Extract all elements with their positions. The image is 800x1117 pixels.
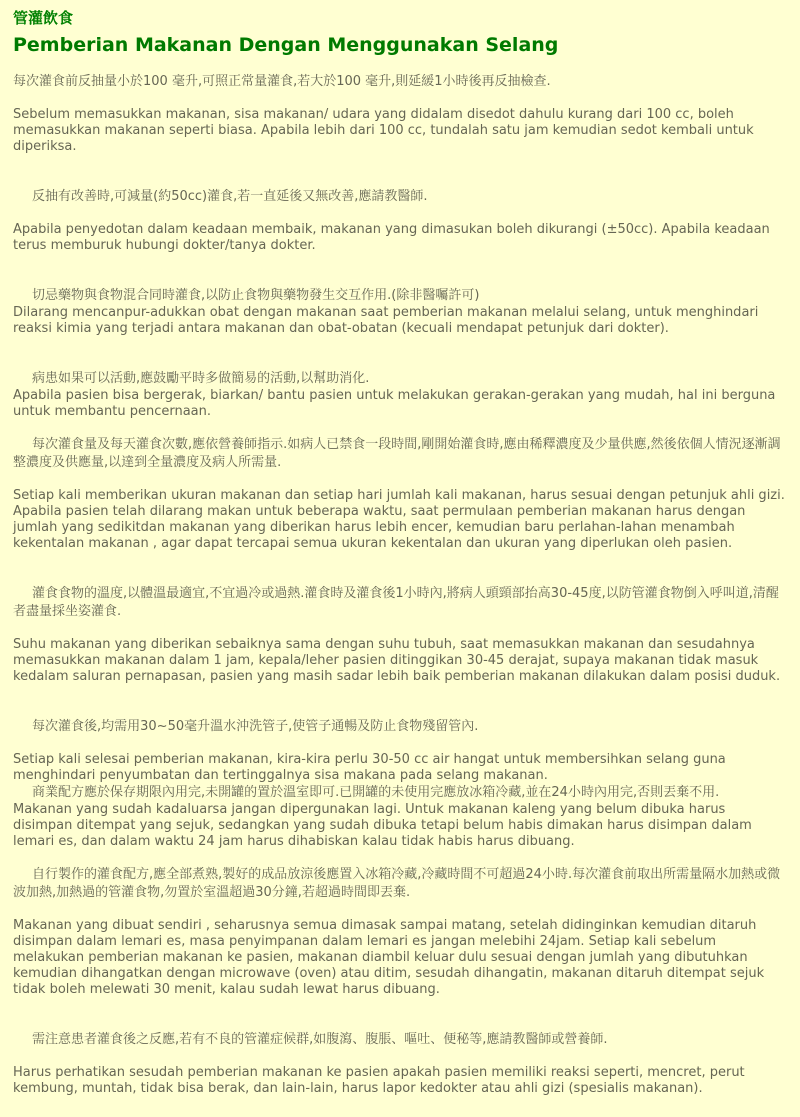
paragraph-id: Setiap kali memberikan ukuran makanan da…	[13, 488, 787, 552]
paragraph-zh: 自行製作的灌食配方,應全部煮熟,製好的成品放涼後應置入冰箱冷藏,冷藏時間不可超過…	[13, 866, 787, 902]
paragraph-zh: 需注意患者灌食後之反應,若有不良的管灌症候群,如腹瀉、腹脹、嘔吐、便秘等,應請教…	[13, 1031, 787, 1049]
paragraph-id: Makanan yang dibuat sendiri , seharusnya…	[13, 918, 787, 998]
paragraph-id: Suhu makanan yang diberikan sebaiknya sa…	[13, 637, 787, 685]
paragraph-id: Apabila pasien bisa bergerak, biarkan/ b…	[13, 388, 787, 420]
paragraph-zh: 灌食食物的溫度,以體溫最適宜,不宜過冷或過熱.灌食時及灌食後1小時內,將病人頭頸…	[13, 585, 787, 621]
paragraph-zh: 每次灌食前反抽量小於100 毫升,可照正常量灌食,若大於100 毫升,則延緩1小…	[13, 73, 787, 91]
document-body: 每次灌食前反抽量小於100 毫升,可照正常量灌食,若大於100 毫升,則延緩1小…	[13, 73, 787, 1097]
paragraph-id: Sebelum memasukkan makanan, sisa makanan…	[13, 107, 787, 155]
paragraph-zh: 反抽有改善時,可減量(約50cc)灌食,若一直延後又無改善,應請教醫師.	[13, 188, 787, 206]
paragraph-zh: 病患如果可以活動,應鼓勵平時多做簡易的活動,以幫助消化.	[13, 370, 787, 388]
page-title-indonesian: Pemberian Makanan Dengan Menggunakan Sel…	[13, 33, 787, 58]
paragraph-id: Dilarang mencanpur-adukkan obat dengan m…	[13, 305, 787, 337]
paragraph-zh: 商業配方應於保存期限內用完,未開罐的置於溫室即可.已開罐的未使用完應放冰箱冷藏,…	[13, 784, 787, 802]
page-title-chinese: 管灌飲食	[13, 8, 787, 28]
paragraph-id: Makanan yang sudah kadaluarsa jangan dip…	[13, 802, 787, 850]
paragraph-id: Apabila penyedotan dalam keadaan membaik…	[13, 222, 787, 254]
paragraph-id: Harus perhatikan sesudah pemberian makan…	[13, 1065, 787, 1097]
paragraph-zh: 切忌藥物與食物混合同時灌食,以防止食物與藥物發生交互作用.(除非醫囑許可)	[13, 287, 787, 305]
paragraph-zh: 每次灌食量及每天灌食次數,應依營養師指示.如病人已禁食一段時間,剛開始灌食時,應…	[13, 436, 787, 472]
page-container: 管灌飲食 Pemberian Makanan Dengan Menggunaka…	[0, 0, 800, 1117]
paragraph-id: Setiap kali selesai pemberian makanan, k…	[13, 752, 787, 784]
paragraph-zh: 每次灌食後,均需用30~50毫升溫水沖洗管子,使管子通暢及防止食物殘留管內.	[13, 718, 787, 736]
